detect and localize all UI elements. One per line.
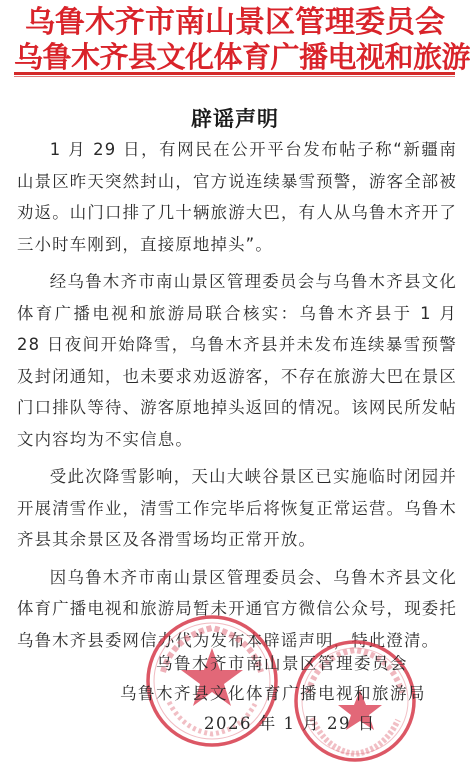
letterhead: 乌鲁木齐市南山景区管理委员会 乌鲁木齐县文化体育广播电视和旅游局 [14,6,456,74]
document-body: 1 月 29 日，有网民在公开平台发布帖子称“新疆南山景区昨天突然封山，官方说连… [17,134,457,662]
paragraph-closure-info: 受此次降雪影响，天山大峡谷景区已实施临时闭园并开展清雪作业，清雪工作完毕后将恢复… [17,461,457,556]
signature-org-2: 乌鲁木齐县文化体育广播电视和旅游局 [120,680,426,704]
document-title: 辟谣声明 [0,103,470,133]
signature-org-1: 乌鲁木齐市南山景区管理委员会 [156,650,408,674]
paragraph-rumor: 1 月 29 日，有网民在公开平台发布帖子称“新疆南山景区昨天突然封山，官方说连… [17,134,457,260]
letterhead-red-rule-thin [14,76,455,77]
letterhead-org-1: 乌鲁木齐市南山景区管理委员会 [14,6,456,40]
letterhead-red-rule [14,72,455,75]
signature-date: 2026 年 1 月 29 日 [204,710,376,734]
paragraph-verification: 经乌鲁木齐市南山景区管理委员会与乌鲁木齐县文化体育广播电视和旅游局联合核实：乌鲁… [17,266,457,455]
letterhead-org-2: 乌鲁木齐县文化体育广播电视和旅游局 [14,40,456,74]
